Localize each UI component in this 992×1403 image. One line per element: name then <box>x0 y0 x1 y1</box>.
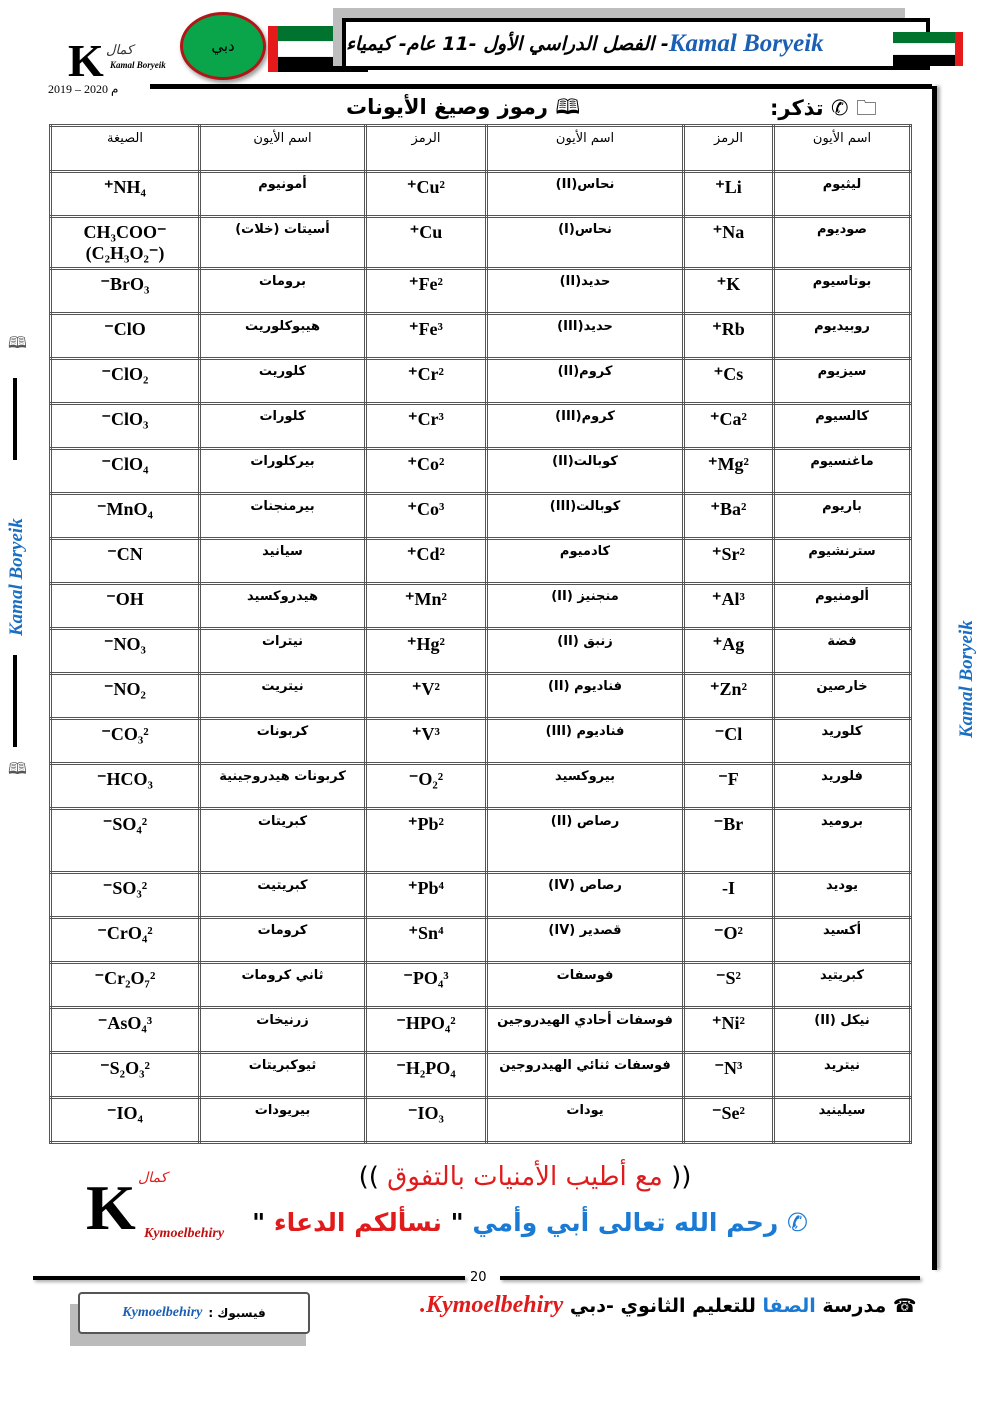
ion-name-cell: رصاص (IV) <box>487 873 684 918</box>
ion-formula-cell: Ni²⁺ <box>684 1008 774 1053</box>
ion-formula-cell: O₂²⁻ <box>366 764 487 809</box>
uae-flag-icon <box>893 32 963 66</box>
ion-name-cell: فناديوم (II) <box>487 674 684 719</box>
title-brand: Kamal Boryeik <box>669 30 824 58</box>
table-row: روبيديومRb⁺حديد(III)Fe³⁺هيبوكلوريتClO⁻ <box>51 314 911 359</box>
ion-formula-cell: Sn⁴⁺ <box>366 918 487 963</box>
ion-formula-cell: Sr²⁺ <box>684 539 774 584</box>
ion-formula-cell: Ca²⁺ <box>684 404 774 449</box>
ion-name-cell: كلوريت <box>200 359 366 404</box>
book-icon: 🕮 <box>8 758 27 785</box>
ion-formula-cell: NO₂⁻ <box>51 674 200 719</box>
table-row: بروميدBr⁻رصاص (II)Pb²⁺كبريتاتSO₄²⁻ <box>51 809 911 873</box>
school-line: ☎ مدرسة الصفا للتعليم الثانوي -دبي Kymoe… <box>420 1292 917 1319</box>
ion-formula-cell: Pb²⁺ <box>366 809 487 873</box>
ion-formula-cell: IO₃⁻ <box>366 1098 487 1143</box>
ion-name-cell: نيكل (II) <box>774 1008 911 1053</box>
logo-letter: K <box>86 1176 136 1240</box>
table-row: صوديومNa⁺نحاس(I)Cu⁺أسيتات (خلات)CH₃COO⁻ … <box>51 217 911 269</box>
ion-formula-cell: Li⁺ <box>684 172 774 217</box>
column-header: اسم الأيون <box>774 126 911 172</box>
side-divider <box>13 655 17 747</box>
footer-logo: K كمال Kymoelbehiry <box>86 1170 256 1250</box>
right-border <box>932 86 937 1270</box>
prayer-text: رحم الله تعالى أبي وأمي <box>464 1208 787 1237</box>
ion-name-cell: نحاس(II) <box>487 172 684 217</box>
ion-formula-cell: Al³⁺ <box>684 584 774 629</box>
ion-name-cell: بيركلورات <box>200 449 366 494</box>
ion-formula-cell: MnO₄⁻ <box>51 494 200 539</box>
logo-letter: K <box>68 38 104 84</box>
prayer-line: ✆ رحم الله تعالى أبي وأمي " نسألكم الدعا… <box>250 1208 810 1237</box>
logo-name: Kymoelbehiry <box>144 1226 224 1242</box>
ion-formula-cell: Cu²⁺ <box>366 172 487 217</box>
ion-name-cell: ثاني كرومات <box>200 963 366 1008</box>
ion-formula-cell: SO₄²⁻ <box>51 809 200 873</box>
academic-years: 2019 – 2020 م <box>48 82 118 97</box>
table-row: ألومنيومAl³⁺منجنيز (II)Mn²⁺هيدروكسيدOH⁻ <box>51 584 911 629</box>
ion-name-cell: كالسيوم <box>774 404 911 449</box>
ion-name-cell: كروم(II) <box>487 359 684 404</box>
ion-name-cell: حديد(II) <box>487 269 684 314</box>
header-logo: K كمال Kamal Boryeik <box>62 38 152 88</box>
ion-formula-cell: NH₄⁺ <box>51 172 200 217</box>
brand: Kymoelbehiry. <box>420 1292 563 1318</box>
ion-formula-cell: Cr³⁺ <box>366 404 487 449</box>
ion-formula-cell: Cr₂O₇²⁻ <box>51 963 200 1008</box>
ion-name-cell: رصاص (II) <box>487 809 684 873</box>
ion-formula-cell: N³⁻ <box>684 1053 774 1098</box>
ion-formula-cell: OH⁻ <box>51 584 200 629</box>
column-header: الصيغة <box>51 126 200 172</box>
ion-name-cell: كبريتيت <box>200 873 366 918</box>
ion-formula-cell: Ag⁺ <box>684 629 774 674</box>
ion-formula-cell: Co³⁺ <box>366 494 487 539</box>
title-subject: - الفصل الدراسي الأول -11 عام- كيمياء <box>346 33 669 55</box>
table-row: ماغنسيومMg²⁺كوبالت(II)Co²⁺بيركلوراتClO₄⁻ <box>51 449 911 494</box>
table-row: كلوريدCl⁻فناديوم (III)V³⁺كربوناتCO₃²⁻ <box>51 719 911 764</box>
table-row: بوتاسيومK⁺حديد(II)Fe²⁺بروماتBrO₃⁻ <box>51 269 911 314</box>
ion-name-cell: بروميد <box>774 809 911 873</box>
ion-name-cell: كرومات <box>200 918 366 963</box>
ion-name-cell: كربونات هيدروجينية <box>200 764 366 809</box>
facebook-label: فيسبوك : <box>208 1306 265 1320</box>
ion-name-cell: كادميوم <box>487 539 684 584</box>
side-signature: Kamal Boryeik <box>956 620 978 738</box>
school-name: الصفا <box>763 1295 816 1317</box>
ion-name-cell: فناديوم (III) <box>487 719 684 764</box>
logo-signature: كمال <box>106 42 133 58</box>
ion-formula-cell: AsO₄³⁻ <box>51 1008 200 1053</box>
ion-formula-cell: S²⁻ <box>684 963 774 1008</box>
logo-name: Kamal Boryeik <box>110 60 166 70</box>
ion-formula-cell: ClO₃⁻ <box>51 404 200 449</box>
ion-formula-cell: V²⁺ <box>366 674 487 719</box>
ion-name-cell: ماغنسيوم <box>774 449 911 494</box>
phone-icon: ✆ <box>787 1208 808 1237</box>
ion-formula-cell: Zn²⁺ <box>684 674 774 719</box>
book-icon: 🕮 <box>555 95 580 119</box>
column-header: اسم الأيون <box>487 126 684 172</box>
ion-formula-cell: CO₃²⁻ <box>51 719 200 764</box>
page-title: Kamal Boryeik - الفصل الدراسي الأول -11 … <box>342 18 930 70</box>
ions-table: اسم الأيون الرمز اسم الأيون الرمز اسم ال… <box>49 124 912 1144</box>
ion-formula-cell: CrO₄²⁻ <box>51 918 200 963</box>
table-row: سترنشيومSr²⁺كادميومCd²⁺سيانيدCN⁻ <box>51 539 911 584</box>
ion-name-cell: زرنيخات <box>200 1008 366 1053</box>
ion-formula-cell: CH₃COO⁻ (C₂H₃O₂⁻) <box>51 217 200 269</box>
ion-name-cell: هيبوكلوريت <box>200 314 366 359</box>
ion-formula-cell: HPO₄²⁻ <box>366 1008 487 1053</box>
column-header: اسم الأيون <box>200 126 366 172</box>
ion-name-cell: سيانيد <box>200 539 366 584</box>
table-row: أكسيدO²⁻قصدير (IV)Sn⁴⁺كروماتCrO₄²⁻ <box>51 918 911 963</box>
ion-name-cell: فوسفات أحادي الهيدروجين <box>487 1008 684 1053</box>
ion-name-cell: برومات <box>200 269 366 314</box>
ion-formula-cell: Cl⁻ <box>684 719 774 764</box>
ion-formula-cell: Ba²⁺ <box>684 494 774 539</box>
city-badge: دبي <box>180 12 266 80</box>
phone-icon: ☎ <box>893 1295 917 1317</box>
table-header-row: اسم الأيون الرمز اسم الأيون الرمز اسم ال… <box>51 126 911 172</box>
side-signature: Kamal Boryeik <box>6 518 28 636</box>
ion-name-cell: سيزيوم <box>774 359 911 404</box>
table-row: كبريتيدS²⁻فوسفاتPO₄³⁻ثاني كروماتCr₂O₇²⁻ <box>51 963 911 1008</box>
table-row: خارصينZn²⁺فناديوم (II)V²⁺نيتريتNO₂⁻ <box>51 674 911 719</box>
wish-line: (( مع أطيب الأمنيات بالتفوق )) <box>300 1162 750 1192</box>
ion-formula-cell: Co²⁺ <box>366 449 487 494</box>
ion-name-cell: نيترات <box>200 629 366 674</box>
footer-divider <box>33 1276 465 1280</box>
ion-name-cell: فلوريد <box>774 764 911 809</box>
ion-name-cell: يودات <box>487 1098 684 1143</box>
facebook-handle[interactable]: Kymoelbehiry <box>122 1305 202 1321</box>
ion-name-cell: كلورات <box>200 404 366 449</box>
ion-formula-cell: S₂O₃²⁻ <box>51 1053 200 1098</box>
ion-name-cell: نيتريد <box>774 1053 911 1098</box>
footer-divider <box>500 1276 920 1280</box>
remember-label: تذكر: <box>770 96 824 120</box>
page-number: 20 <box>470 1270 487 1285</box>
ion-formula-cell: CN⁻ <box>51 539 200 584</box>
ion-name-cell: كبريتات <box>200 809 366 873</box>
ion-formula-cell: Cu⁺ <box>366 217 487 269</box>
ion-name-cell: أمونيوم <box>200 172 366 217</box>
prayer-request: نسألكم الدعاء <box>265 1208 451 1237</box>
ion-formula-cell: PO₄³⁻ <box>366 963 487 1008</box>
ion-formula-cell: H₂PO₄⁻ <box>366 1053 487 1098</box>
table-row: نيكل (II)Ni²⁺فوسفات أحادي الهيدروجينHPO₄… <box>51 1008 911 1053</box>
ion-formula-cell: Br⁻ <box>684 809 774 873</box>
ion-name-cell: بيروكسيد <box>487 764 684 809</box>
ion-formula-cell: HCO₃⁻ <box>51 764 200 809</box>
ion-formula-cell: ClO₄⁻ <box>51 449 200 494</box>
ion-name-cell: كوبالت(III) <box>487 494 684 539</box>
table-row: نيتريدN³⁻فوسفات ثنائي الهيدروجينH₂PO₄⁻ثي… <box>51 1053 911 1098</box>
ion-name-cell: ألومنيوم <box>774 584 911 629</box>
ion-name-cell: روبيديوم <box>774 314 911 359</box>
ion-name-cell: خارصين <box>774 674 911 719</box>
ion-formula-cell: F⁻ <box>684 764 774 809</box>
table-row: باريومBa²⁺كوبالت(III)Co³⁺بيرمنجناتMnO₄⁻ <box>51 494 911 539</box>
ion-formula-cell: Cr²⁺ <box>366 359 487 404</box>
ion-name-cell: سيلينيد <box>774 1098 911 1143</box>
table-row: كالسيومCa²⁺كروم(III)Cr³⁺كلوراتClO₃⁻ <box>51 404 911 449</box>
folder-icon: 🗀 <box>856 96 877 120</box>
section-title-text: رموز وصيغ الأيونات <box>346 95 548 119</box>
column-header: الرمز <box>366 126 487 172</box>
ion-formula-cell: I- <box>684 873 774 918</box>
ion-formula-cell: Mg²⁺ <box>684 449 774 494</box>
ion-name-cell: كلوريد <box>774 719 911 764</box>
section-title: 🕮 رموز وصيغ الأيونات <box>346 93 580 128</box>
ion-name-cell: باريوم <box>774 494 911 539</box>
side-divider <box>13 378 17 460</box>
ion-formula-cell: Fe²⁺ <box>366 269 487 314</box>
ion-name-cell: زنبق (II) <box>487 629 684 674</box>
ion-name-cell: هيدروكسيد <box>200 584 366 629</box>
ion-formula-cell: V³⁺ <box>366 719 487 764</box>
ion-formula-cell: K⁺ <box>684 269 774 314</box>
ion-formula-cell: Se²⁻ <box>684 1098 774 1143</box>
ion-name-cell: سترنشيوم <box>774 539 911 584</box>
ion-name-cell: فضة <box>774 629 911 674</box>
ion-formula-cell: ClO₂⁻ <box>51 359 200 404</box>
ion-name-cell: نيتريت <box>200 674 366 719</box>
wish-text: مع أطيب الأمنيات بالتفوق <box>379 1162 671 1192</box>
table-row: فلوريدF⁻بيروكسيدO₂²⁻كربونات هيدروجينيةHC… <box>51 764 911 809</box>
ion-name-cell: نحاس(I) <box>487 217 684 269</box>
ion-formula-cell: Na⁺ <box>684 217 774 269</box>
table-row: ليثيومLi⁺نحاس(II)Cu²⁺أمونيومNH₄⁺ <box>51 172 911 217</box>
ion-name-cell: منجنيز (II) <box>487 584 684 629</box>
ion-name-cell: حديد(III) <box>487 314 684 359</box>
column-header: الرمز <box>684 126 774 172</box>
table-row: سيلينيدSe²⁻يوداتIO₃⁻بيريوداتIO₄⁻ <box>51 1098 911 1143</box>
ion-formula-cell: ClO⁻ <box>51 314 200 359</box>
ion-name-cell: كبريتيد <box>774 963 911 1008</box>
ion-name-cell: كروم(III) <box>487 404 684 449</box>
ion-name-cell: كوبالت(II) <box>487 449 684 494</box>
ion-name-cell: بيرمنجنات <box>200 494 366 539</box>
ion-name-cell: ليثيوم <box>774 172 911 217</box>
ion-formula-cell: Cd²⁺ <box>366 539 487 584</box>
header-divider <box>150 84 932 89</box>
ion-formula-cell: IO₄⁻ <box>51 1098 200 1143</box>
ion-formula-cell: BrO₃⁻ <box>51 269 200 314</box>
table-row: يوديدI-رصاص (IV)Pb⁴⁺كبريتيتSO₃²⁻ <box>51 873 911 918</box>
ion-formula-cell: Rb⁺ <box>684 314 774 359</box>
ion-formula-cell: Pb⁴⁺ <box>366 873 487 918</box>
ion-formula-cell: O²⁻ <box>684 918 774 963</box>
logo-signature: كمال <box>138 1170 167 1187</box>
ion-name-cell: ثيوكبريتات <box>200 1053 366 1098</box>
ion-name-cell: قصدير (IV) <box>487 918 684 963</box>
ion-name-cell: بيريودات <box>200 1098 366 1143</box>
ion-formula-cell: Fe³⁺ <box>366 314 487 359</box>
table-row: سيزيومCs⁺كروم(II)Cr²⁺كلوريتClO₂⁻ <box>51 359 911 404</box>
ion-formula-cell: SO₃²⁻ <box>51 873 200 918</box>
facebook-box: فيسبوك : Kymoelbehiry <box>78 1292 310 1334</box>
table-row: فضةAg⁺زنبق (II)Hg²⁺نيتراتNO₃⁻ <box>51 629 911 674</box>
ion-name-cell: أسيتات (خلات) <box>200 217 366 269</box>
phone-icon: ✆ <box>831 96 849 120</box>
ion-name-cell: كربونات <box>200 719 366 764</box>
ion-formula-cell: NO₃⁻ <box>51 629 200 674</box>
ion-name-cell: أكسيد <box>774 918 911 963</box>
ion-name-cell: فوسفات ثنائي الهيدروجين <box>487 1053 684 1098</box>
ion-name-cell: فوسفات <box>487 963 684 1008</box>
ion-formula-cell: Hg²⁺ <box>366 629 487 674</box>
book-icon: 🕮 <box>8 332 27 359</box>
ion-formula-cell: Mn²⁺ <box>366 584 487 629</box>
ion-name-cell: يوديد <box>774 873 911 918</box>
ion-name-cell: صوديوم <box>774 217 911 269</box>
ion-name-cell: بوتاسيوم <box>774 269 911 314</box>
ion-formula-cell: Cs⁺ <box>684 359 774 404</box>
